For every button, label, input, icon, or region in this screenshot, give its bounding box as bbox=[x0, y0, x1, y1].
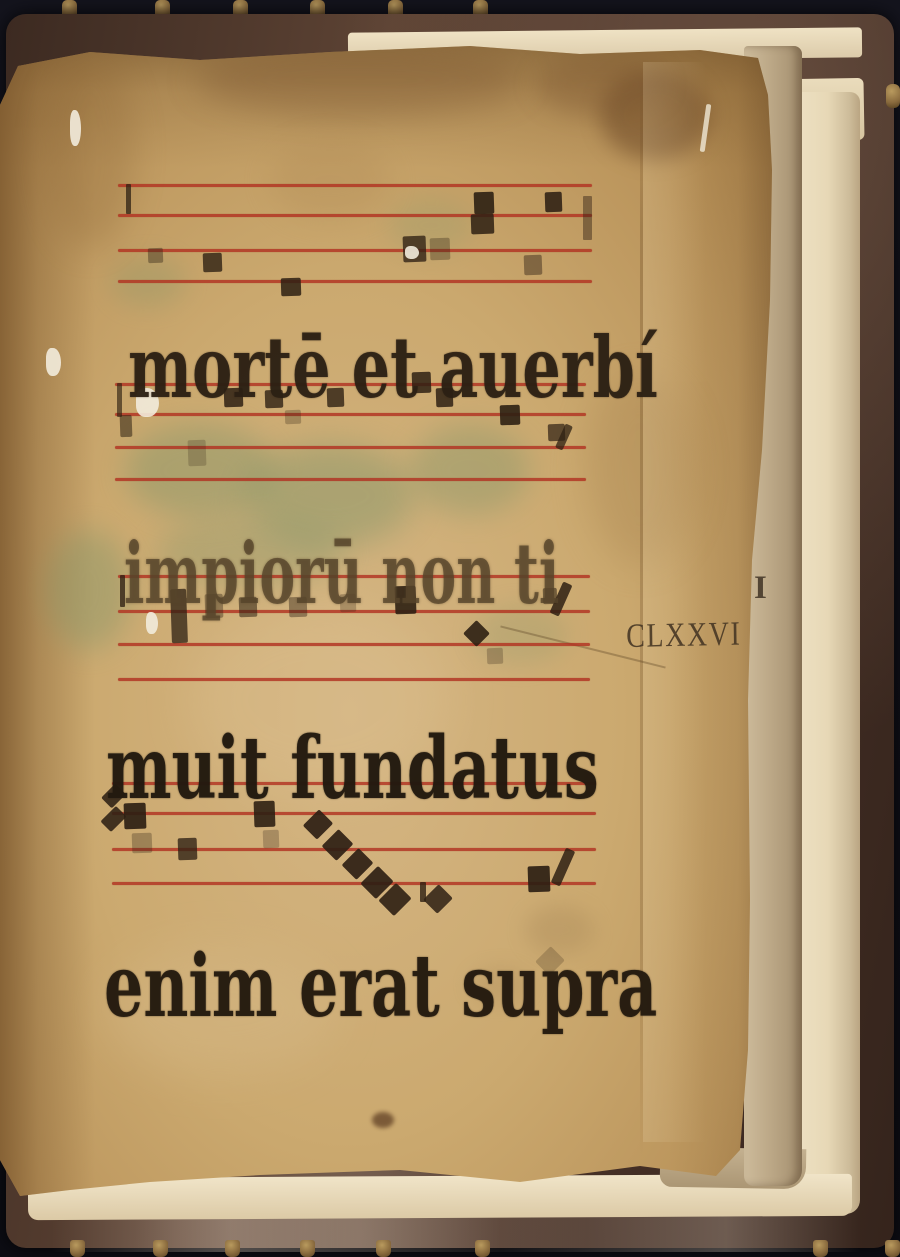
binding-pin bbox=[813, 1240, 828, 1257]
binding-pin bbox=[153, 1240, 168, 1257]
binding-pin bbox=[475, 1240, 490, 1257]
folio-number: CLXXVI bbox=[626, 616, 742, 656]
flake-spot bbox=[70, 110, 81, 146]
book-photograph: I mortē et auerbí impiorū non ti muit fu… bbox=[0, 0, 900, 1257]
manuscript-page: mortē et auerbí impiorū non ti muit fund… bbox=[0, 38, 778, 1200]
flake-spot bbox=[405, 246, 419, 259]
chant-text-line-2: impiorū non ti bbox=[124, 532, 559, 616]
chant-text-line-1: mortē et auerbí bbox=[128, 326, 658, 410]
flake-spot bbox=[46, 348, 61, 376]
clasp-knob bbox=[886, 84, 900, 108]
binding-pin bbox=[376, 1240, 391, 1257]
binding-pin bbox=[70, 1240, 85, 1257]
binding-pin bbox=[885, 1240, 900, 1257]
adjacent-folio-number-fragment: I bbox=[754, 570, 767, 607]
binding-pin bbox=[225, 1240, 240, 1257]
chant-text-line-4: enim erat supra bbox=[104, 944, 657, 1030]
binding-pin bbox=[300, 1240, 315, 1257]
chant-text-line-3: muit fundatus bbox=[106, 726, 599, 812]
